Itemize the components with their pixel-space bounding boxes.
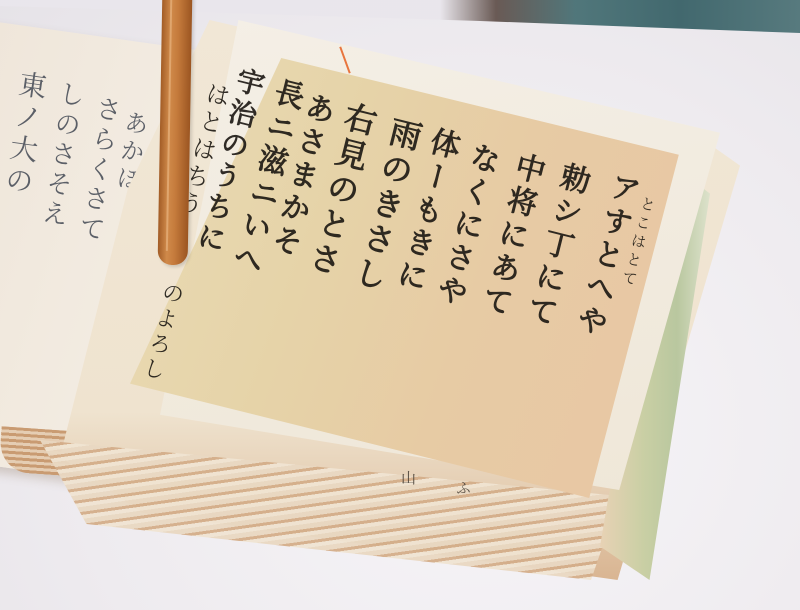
margin-mark: ふ — [455, 480, 470, 499]
photo-scene: 東ノ大の しのさそえ さらくさて あかほ とこはとて アすとへや 勅シ丁にて 中… — [0, 0, 800, 610]
bamboo-pointer — [158, 0, 193, 265]
margin-mark: 山 — [400, 470, 415, 489]
book — [40, 20, 730, 580]
